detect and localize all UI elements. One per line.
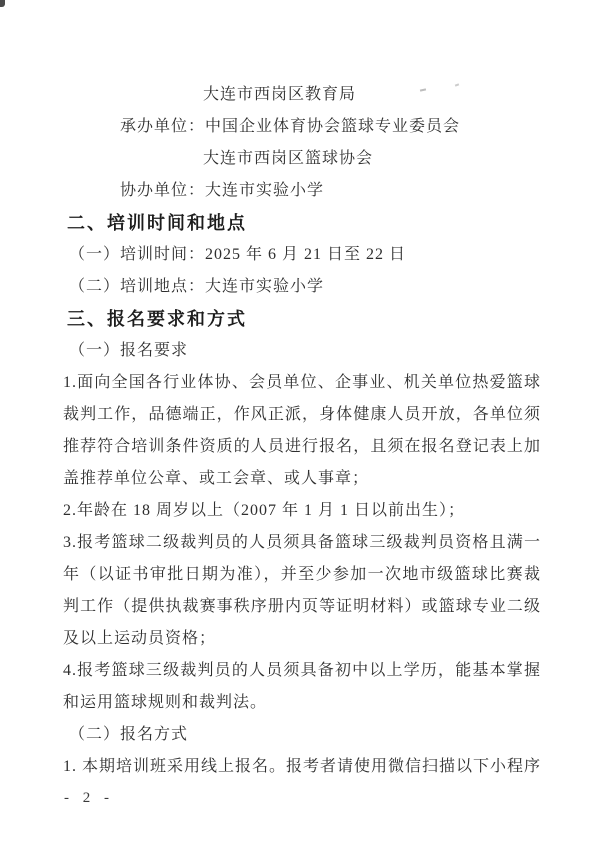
requirement-paragraph-4: 4.报考篮球三级裁判员的人员须具备初中以上学历，能基本掌握和运用篮球规则和裁判法… xyxy=(63,655,541,719)
co-organizer-continuation-line: 大连市西岗区篮球协会 xyxy=(63,143,541,175)
organizer-continuation-line: 大连市西岗区教育局 xyxy=(63,79,541,111)
requirement-paragraph-2: 2.年龄在 18 周岁以上（2007 年 1 月 1 日以前出生）； xyxy=(63,495,541,527)
section-3-heading: 三、报名要求和方式 xyxy=(63,303,541,335)
scan-corner-artifact xyxy=(0,0,5,7)
page-number: - 2 - xyxy=(64,790,114,807)
signup-method-subheading: （二）报名方式 xyxy=(63,719,541,751)
co-organizer-line: 承办单位：中国企业体育协会篮球专业委员会 xyxy=(63,111,541,143)
section-2-heading: 二、培训时间和地点 xyxy=(63,207,541,239)
document-body: 大连市西岗区教育局 承办单位：中国企业体育协会篮球专业委员会 大连市西岗区篮球协… xyxy=(63,79,541,783)
requirement-paragraph-1: 1.面向全国各行业体协、会员单位、企事业、机关单位热爱篮球裁判工作，品德端正，作… xyxy=(63,367,541,495)
signup-requirements-subheading: （一）报名要求 xyxy=(63,335,541,367)
training-location-line: （二）培训地点：大连市实验小学 xyxy=(63,271,541,303)
training-time-line: （一）培训时间：2025 年 6 月 21 日至 22 日 xyxy=(63,239,541,271)
signup-method-paragraph-1: 1. 本期培训班采用线上报名。报考者请使用微信扫描以下小程序 xyxy=(63,751,541,783)
document-page: 大连市西岗区教育局 承办单位：中国企业体育协会篮球专业委员会 大连市西岗区篮球协… xyxy=(0,0,600,848)
assisting-organizer-line: 协办单位：大连市实验小学 xyxy=(63,175,541,207)
requirement-paragraph-3: 3.报考篮球二级裁判员的人员须具备篮球三级裁判员资格且满一年（以证书审批日期为准… xyxy=(63,527,541,655)
